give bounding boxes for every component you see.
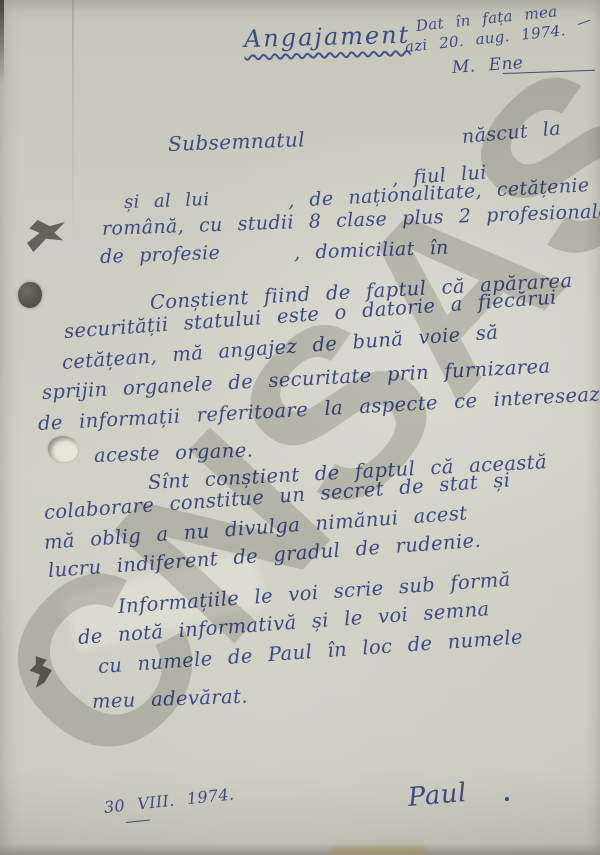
fold-crease [72, 0, 74, 245]
certifier-signature: M. Ene [451, 53, 524, 78]
handwritten-line: Subsemnatul [168, 127, 306, 156]
paper-tear-small [28, 656, 54, 688]
scan-edge-shadow [0, 0, 4, 86]
pen-mark [578, 20, 591, 25]
handwritten-line: născut la [461, 117, 562, 148]
handwritten-line: aceste organe. [94, 438, 254, 467]
paper-tear-light [48, 436, 78, 462]
signature-dot [505, 797, 509, 801]
desk-smudge [330, 847, 425, 855]
handwritten-line: de profesie [100, 242, 221, 268]
document-page: CNSAS Angajament Dat în fața mea azi 20.… [0, 0, 600, 855]
paper-tear [27, 220, 65, 254]
document-date: 30 VIII. 1974. [103, 784, 235, 817]
date-underline [126, 819, 150, 823]
handwritten-line: și al lui [124, 189, 210, 213]
punch-hole [18, 282, 42, 308]
handwritten-line: , domiciliat în [294, 237, 449, 264]
author-signature: Paul [407, 778, 468, 813]
handwritten-line: meu adevărat. [92, 685, 249, 713]
bottom-edge-shadow [0, 843, 600, 855]
document-title: Angajament [244, 21, 411, 53]
